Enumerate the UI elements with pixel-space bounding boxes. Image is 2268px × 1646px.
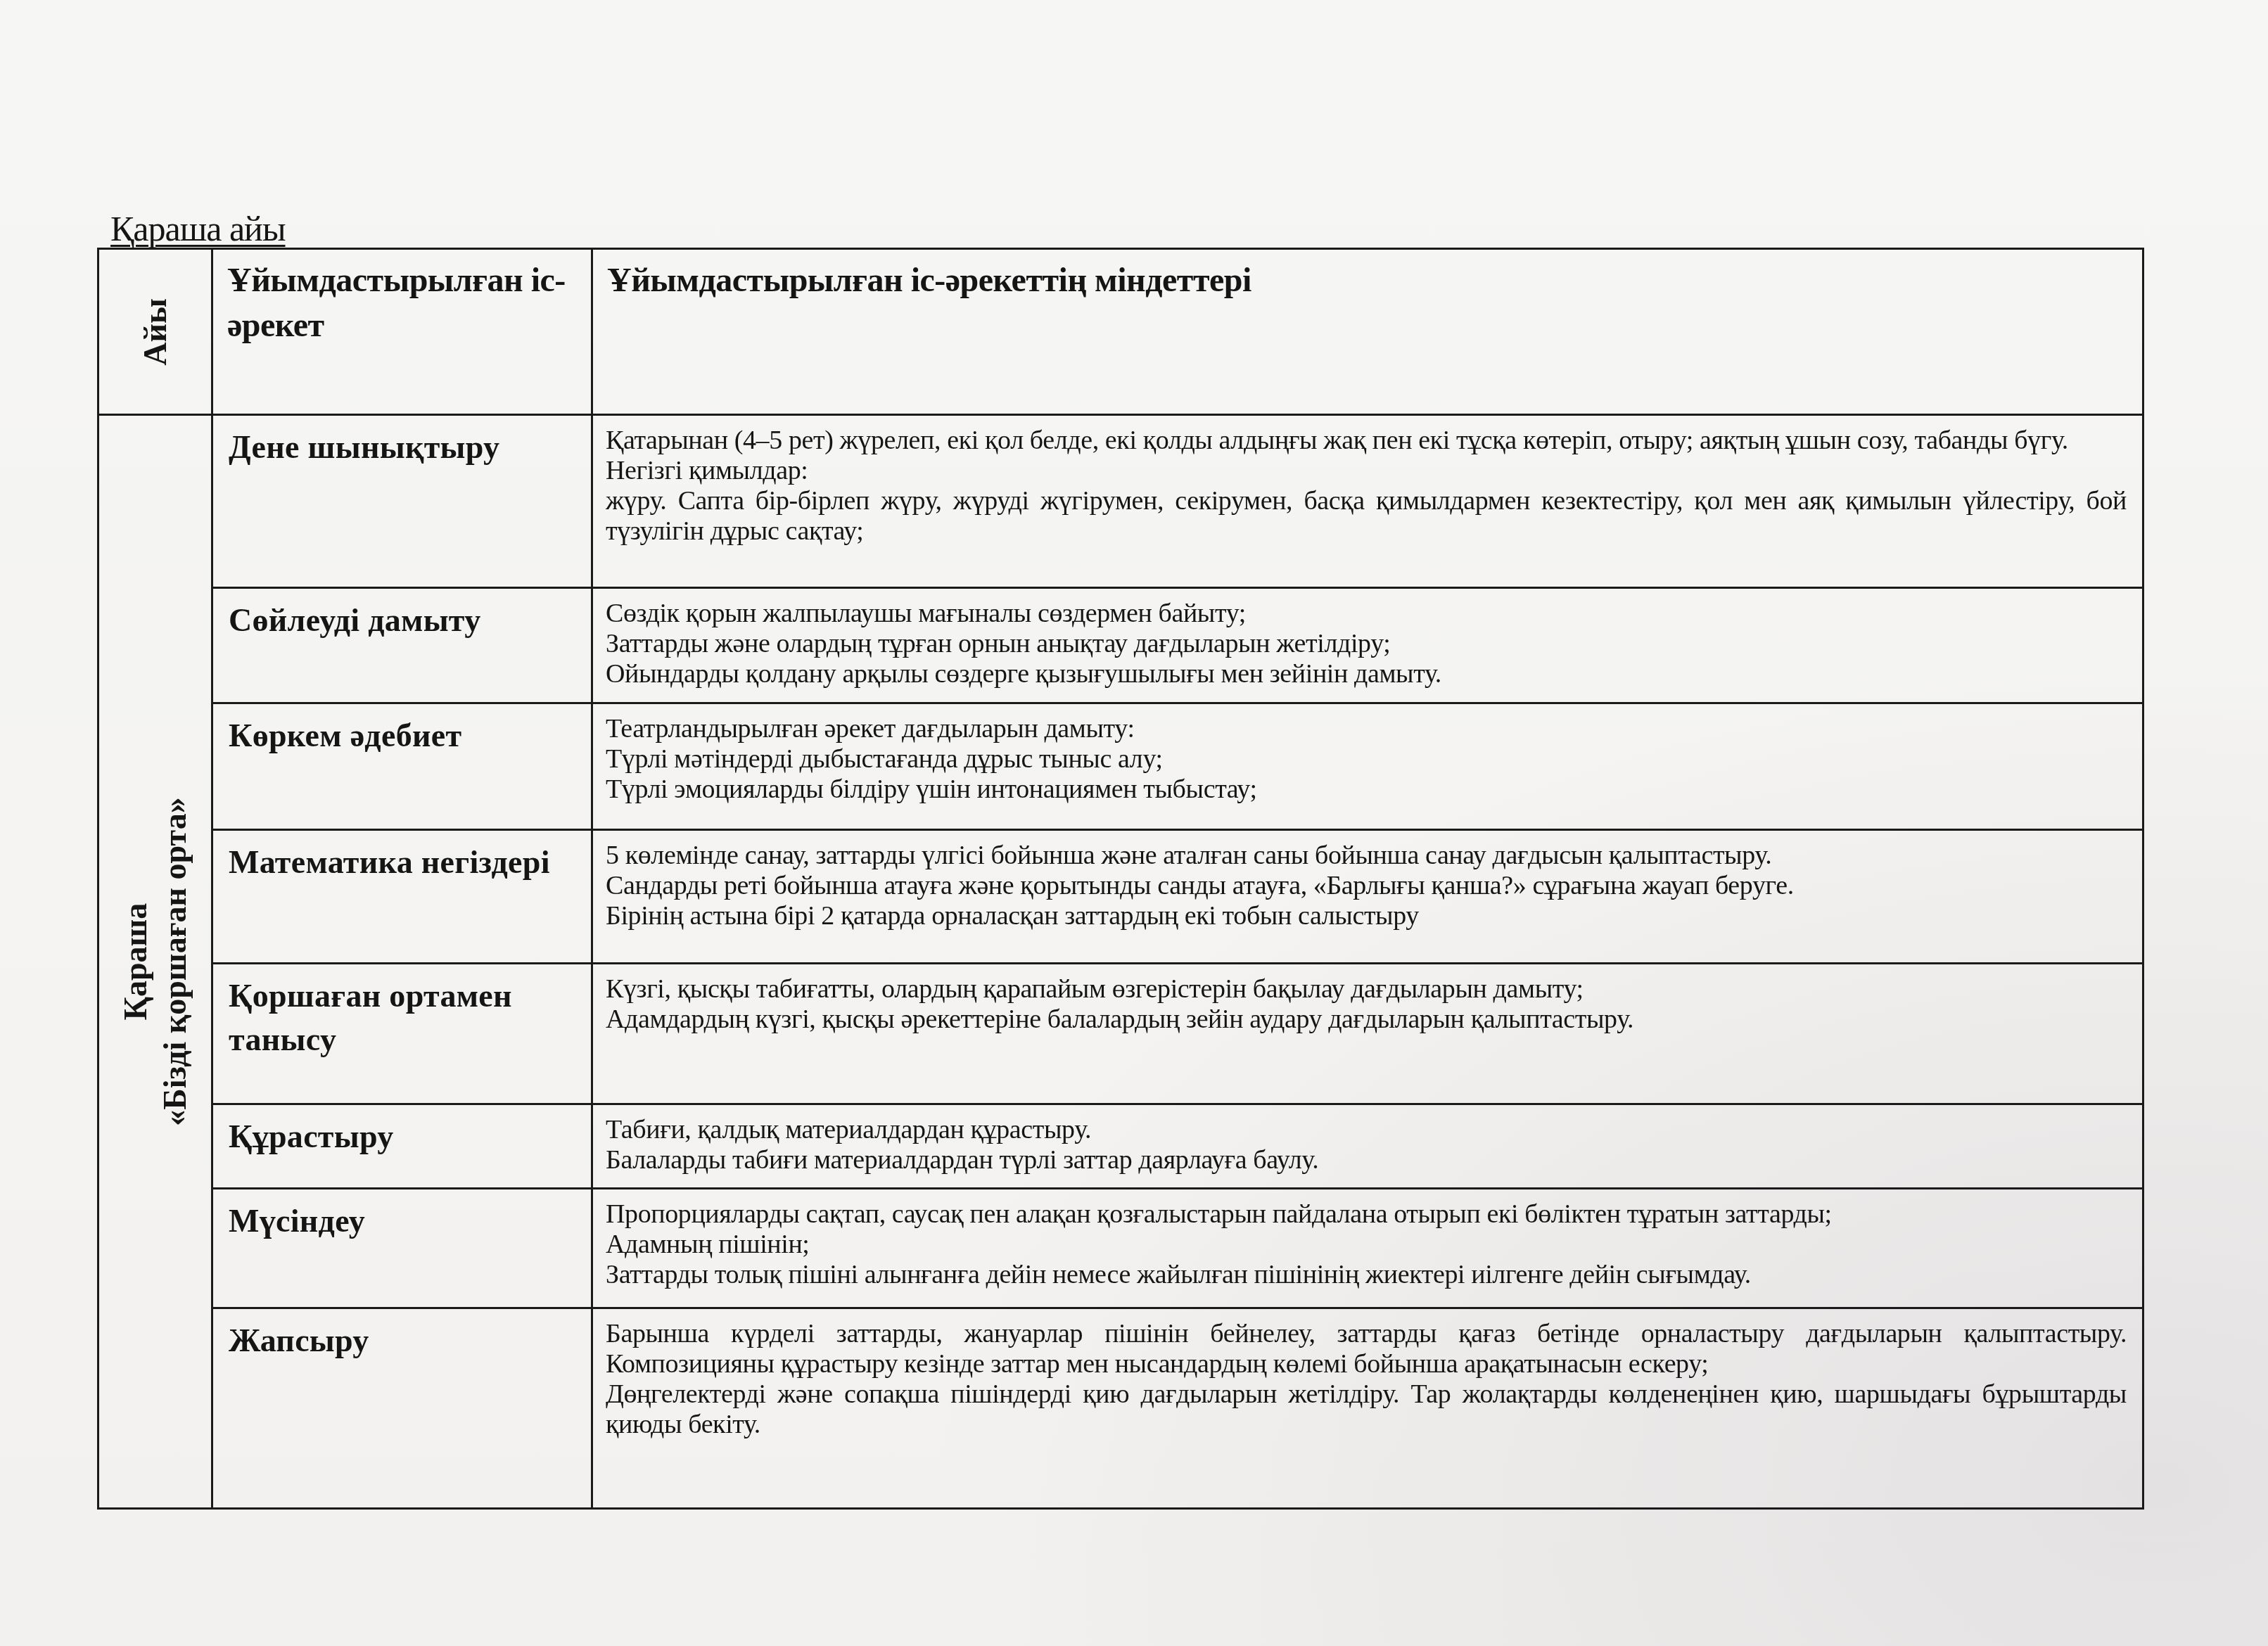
table-row: Қоршаған ортамен танысуКүзгі, қысқы таби… (98, 964, 2143, 1104)
objectives-cell: Пропорцияларды сақтап, саусақ пен алақан… (592, 1189, 2143, 1308)
objective-line: Бірінің астына бірі 2 қатарда орналасқан… (606, 901, 2127, 931)
objectives-cell: 5 көлемінде санау, заттарды үлгісі бойын… (592, 830, 2143, 964)
objectives-cell: Табиғи, қалдық материалдардан құрастыру.… (592, 1104, 2143, 1189)
table-row: МүсіндеуПропорцияларды сақтап, саусақ пе… (98, 1189, 2143, 1308)
objectives-cell: Сөздік қорын жалпылаушы мағыналы сөздерм… (592, 588, 2143, 703)
header-objectives: Ұйымдастырылған іс-әрекеттің міндеттері (592, 249, 2143, 415)
activity-cell: Қоршаған ортамен танысу (212, 964, 592, 1104)
objective-line: Заттарды және олардың тұрған орнын анықт… (606, 629, 2127, 659)
objective-line: Пропорцияларды сақтап, саусақ пен алақан… (606, 1199, 2127, 1230)
table-row: Математика негіздері5 көлемінде санау, з… (98, 830, 2143, 964)
objective-line: 5 көлемінде санау, заттарды үлгісі бойын… (606, 841, 2127, 871)
header-month-label: Айы (136, 298, 175, 366)
document-title: Қараша айы (110, 208, 285, 249)
activity-cell: Мүсіндеу (212, 1189, 592, 1308)
objective-line: Түрлі мәтіндерді дыбыстағанда дұрыс тыны… (606, 744, 2127, 774)
activity-cell: Құрастыру (212, 1104, 592, 1189)
objective-line: Түрлі эмоцияларды білдіру үшін интонация… (606, 774, 2127, 805)
objective-line: Негізгі қимылдар: (606, 456, 2127, 486)
objective-line: Күзгі, қысқы табиғатты, олардың қарапайы… (606, 974, 2127, 1004)
objective-line: Барынша күрделі заттарды, жануарлар піші… (606, 1319, 2127, 1379)
table-row: Қараша«Бізді қоршаған орта»Дене шынықтыр… (98, 415, 2143, 588)
objective-line: жүру. Сапта бір-бірлеп жүру, жүруді жүгі… (606, 486, 2127, 547)
objective-line: Сандарды реті бойынша атауға және қорыты… (606, 871, 2127, 901)
month-label: Қараша«Бізді қоршаған орта» (116, 797, 195, 1125)
objective-line: Заттарды толық пішіні алынғанға дейін не… (606, 1260, 2127, 1290)
table-row: ЖапсыруБарынша күрделі заттарды, жануарл… (98, 1308, 2143, 1509)
objectives-cell: Барынша күрделі заттарды, жануарлар піші… (592, 1308, 2143, 1509)
header-activity: Ұйымдастырылған іс-әрекет (212, 249, 592, 415)
activity-cell: Сөйлеуді дамыту (212, 588, 592, 703)
objective-line: Адамның пішінін; (606, 1230, 2127, 1260)
objective-line: Сөздік қорын жалпылаушы мағыналы сөздерм… (606, 599, 2127, 629)
table-row: Көркем әдебиетТеатрландырылған әрекет да… (98, 703, 2143, 830)
month-label-line1: Қараша (116, 797, 155, 1125)
objective-line: Қатарынан (4–5 рет) жүрелеп, екі қол бел… (606, 426, 2127, 456)
activity-cell: Жапсыру (212, 1308, 592, 1509)
curriculum-table: Айы Ұйымдастырылған іс-әрекет Ұйымдастыр… (97, 248, 2144, 1510)
activity-cell: Математика негіздері (212, 830, 592, 964)
activity-cell: Көркем әдебиет (212, 703, 592, 830)
objective-line: Балаларды табиғи материалдардан түрлі за… (606, 1145, 2127, 1175)
objectives-cell: Күзгі, қысқы табиғатты, олардың қарапайы… (592, 964, 2143, 1104)
table-row: ҚұрастыруТабиғи, қалдық материалдардан қ… (98, 1104, 2143, 1189)
objective-line: Адамдардың күзгі, қысқы әрекеттеріне бал… (606, 1004, 2127, 1035)
objective-line: Театрландырылған әрекет дағдыларын дамыт… (606, 714, 2127, 744)
table-body: Қараша«Бізді қоршаған орта»Дене шынықтыр… (98, 415, 2143, 1509)
objectives-cell: Қатарынан (4–5 рет) жүрелеп, екі қол бел… (592, 415, 2143, 588)
activity-cell: Дене шынықтыру (212, 415, 592, 588)
objective-line: Табиғи, қалдық материалдардан құрастыру. (606, 1115, 2127, 1145)
objectives-cell: Театрландырылған әрекет дағдыларын дамыт… (592, 703, 2143, 830)
table-row: Сөйлеуді дамытуСөздік қорын жалпылаушы м… (98, 588, 2143, 703)
objective-line: Ойындарды қолдану арқылы сөздерге қызығу… (606, 659, 2127, 689)
month-cell: Қараша«Бізді қоршаған орта» (98, 415, 212, 1509)
month-label-line2: «Бізді қоршаған орта» (155, 797, 195, 1125)
table-header-row: Айы Ұйымдастырылған іс-әрекет Ұйымдастыр… (98, 249, 2143, 415)
header-month: Айы (98, 249, 212, 415)
objective-line: Дөңгелектерді және сопақша пішіндерді қи… (606, 1379, 2127, 1440)
